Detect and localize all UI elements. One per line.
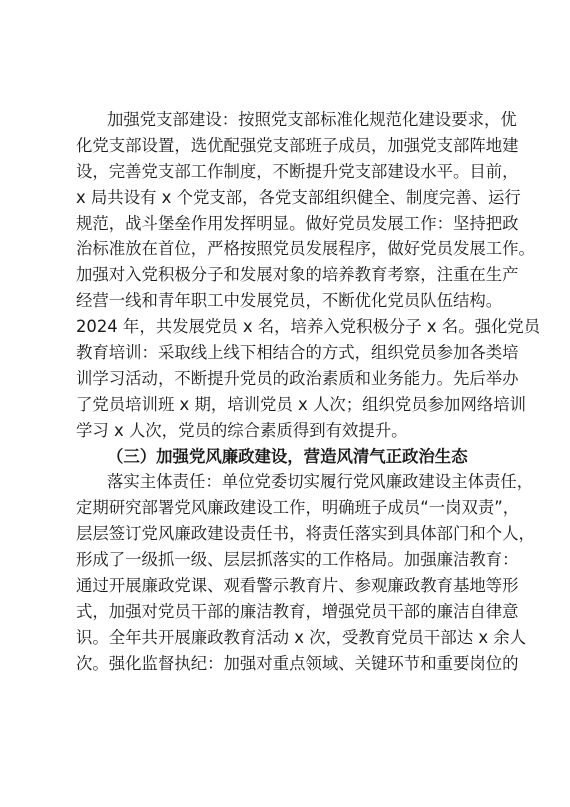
text-line: 化党支部设置，选优配强党支部班子成员，加强党支部阵地建 [76, 133, 496, 159]
text-line: 规范，战斗堡垒作用发挥明显。做好党员发展工作：坚持把政 [76, 211, 496, 237]
text-line: 次。强化监督执纪：加强对重点领域、关键环节和重要岗位的 [76, 651, 496, 677]
text-line: 式，加强对党员干部的廉洁教育，增强党员干部的廉洁自律意 [76, 599, 496, 625]
text-line: 教育培训：采取线上线下相结合的方式，组织党员参加各类培 [76, 340, 496, 366]
text-line: 学习 x 人次，党员的综合素质得到有效提升。 [76, 418, 496, 444]
section-heading: （三）加强党风廉政建设，营造风清气正政治生态 [76, 444, 496, 470]
text-line: 加强对入党积极分子和发展对象的培养教育考察，注重在生产 [76, 262, 496, 288]
text-line: 定期研究部署党风廉政建设工作，明确班子成员“一岗双责”， [76, 495, 496, 521]
text-line: 层层签订党风廉政建设责任书，将责任落实到具体部门和个人， [76, 521, 496, 547]
text-line: 形成了一级抓一级、层层抓落实的工作格局。加强廉洁教育： [76, 547, 496, 573]
text-line: 训学习活动，不断提升党员的政治素质和业务能力。先后举办 [76, 366, 496, 392]
text-line: x 局共设有 x 个党支部，各党支部组织健全、制度完善、运行 [76, 185, 496, 211]
document-page: 加强党支部建设：按照党支部标准化规范化建设要求，优 化党支部设置，选优配强党支部… [76, 107, 496, 677]
text-line: 加强党支部建设：按照党支部标准化规范化建设要求，优 [76, 107, 496, 133]
text-line: 落实主体责任：单位党委切实履行党风廉政建设主体责任， [76, 469, 496, 495]
text-line: 治标准放在首位，严格按照党员发展程序，做好党员发展工作。 [76, 236, 496, 262]
text-line: 2024 年，共发展党员 x 名，培养入党积极分子 x 名。强化党员 [76, 314, 496, 340]
text-line: 经营一线和青年职工中发展党员，不断优化党员队伍结构。 [76, 288, 496, 314]
paragraph-party-branch-building: 加强党支部建设：按照党支部标准化规范化建设要求，优 化党支部设置，选优配强党支部… [76, 107, 496, 444]
text-line: 识。全年共开展廉政教育活动 x 次，受教育党员干部达 x 余人 [76, 625, 496, 651]
text-line: 通过开展廉政党课、观看警示教育片、参观廉政教育基地等形 [76, 573, 496, 599]
text-line: 了党员培训班 x 期，培训党员 x 人次；组织党员参加网络培训 [76, 392, 496, 418]
text-line: 设，完善党支部工作制度，不断提升党支部建设水平。目前， [76, 159, 496, 185]
paragraph-clean-governance: 落实主体责任：单位党委切实履行党风廉政建设主体责任， 定期研究部署党风廉政建设工… [76, 469, 496, 676]
